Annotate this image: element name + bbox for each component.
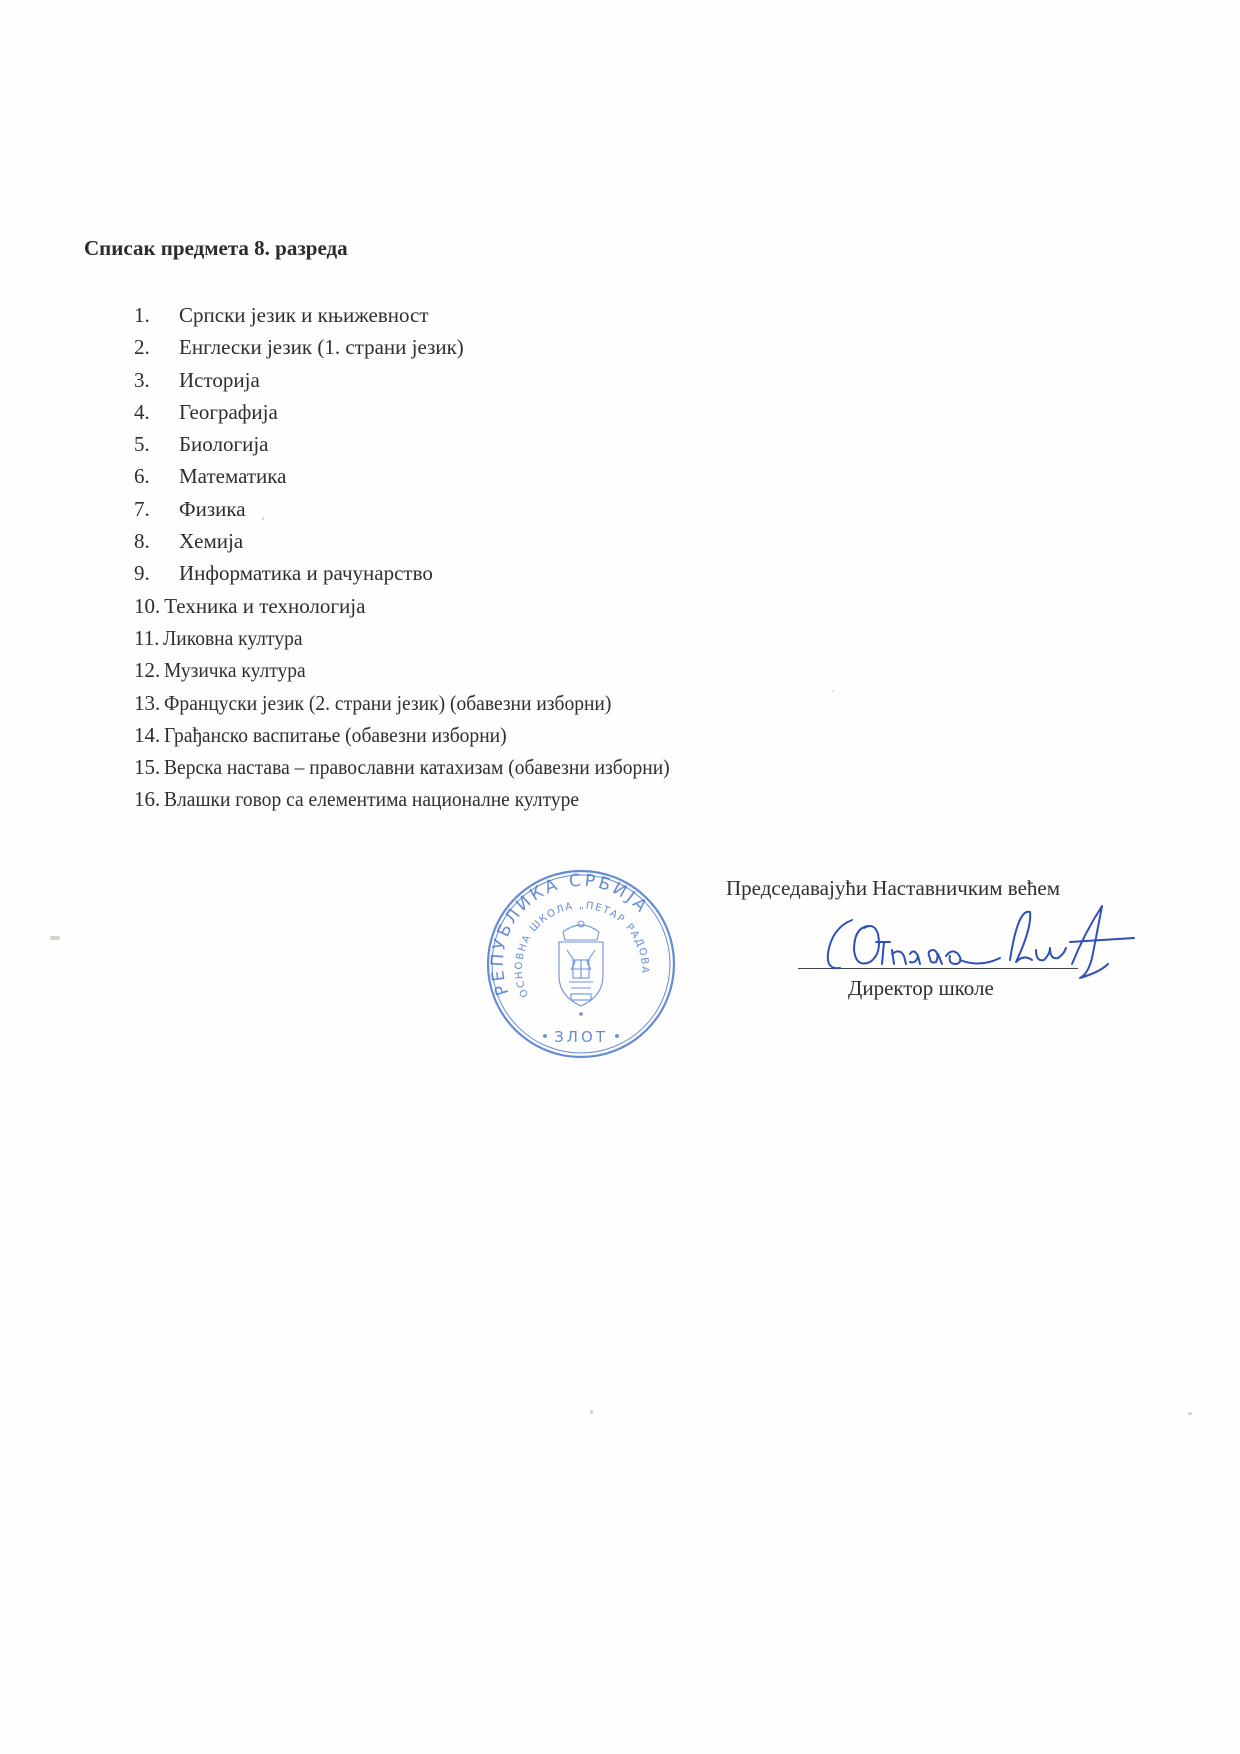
list-item: 14.Грађанско васпитање (обавезни изборни… <box>134 719 708 751</box>
list-item: 3.Историја <box>134 364 708 396</box>
list-item: 1.Српски језик и књижевност <box>134 299 708 331</box>
item-number: 12. <box>134 654 160 686</box>
list-item: 16.Влашки говор са елементима националне… <box>134 783 708 815</box>
item-text: Влашки говор са елементима националне ку… <box>164 783 579 815</box>
page-title: Списак предмета 8. разреда <box>84 236 348 261</box>
item-number: 14. <box>134 719 160 751</box>
item-text: Ликовна култура <box>163 622 303 654</box>
list-item: 10.Техника и технологија <box>134 590 708 622</box>
item-text: Географија <box>179 400 278 424</box>
scan-speck <box>832 690 834 692</box>
item-text: Грађанско васпитање (обавезни изборни) <box>164 719 507 751</box>
subject-list: 1.Српски језик и књижевност 2.Енглески ј… <box>134 299 708 816</box>
item-number: 9. <box>134 557 156 589</box>
item-text: Математика <box>179 464 287 488</box>
list-item: 2.Енглески језик (1. страни језик) <box>134 331 708 363</box>
item-text: Музичка култура <box>164 654 306 686</box>
item-number: 4. <box>134 396 156 428</box>
scan-speck <box>1188 1412 1192 1415</box>
item-number: 10. <box>134 590 160 622</box>
stamp-bottom-text: ЗЛОТ <box>554 1028 608 1046</box>
item-number: 2. <box>134 331 156 363</box>
item-number: 8. <box>134 525 156 557</box>
item-number: 11. <box>134 622 159 654</box>
list-item: 13.Француски језик (2. страни језик) (об… <box>134 687 708 719</box>
item-number: 6. <box>134 460 156 492</box>
item-text: Информатика и рачунарство <box>179 561 433 585</box>
stamp-dot-icon <box>543 1034 547 1038</box>
scan-speck <box>590 1410 593 1414</box>
item-text: Српски језик и књижевност <box>179 303 429 327</box>
item-number: 1. <box>134 299 156 331</box>
document-page: Списак предмета 8. разреда 1.Српски јези… <box>0 0 1240 1754</box>
item-number: 15. <box>134 751 160 783</box>
item-number: 5. <box>134 428 156 460</box>
list-item: 4.Географија <box>134 396 708 428</box>
item-number: 3. <box>134 364 156 396</box>
item-text: Техника и технологија <box>164 594 365 618</box>
item-text: Физика <box>179 497 246 521</box>
list-item: 8.Хемија <box>134 525 708 557</box>
stamp-dot-icon <box>615 1034 619 1038</box>
list-item: 9.Информатика и рачунарство <box>134 557 708 589</box>
list-item: 15.Верска настава – православни катахиза… <box>134 751 708 783</box>
list-item: 11.Ликовна култура <box>134 622 708 654</box>
item-text: Енглески језик (1. страни језик) <box>179 335 464 359</box>
item-text: Историја <box>179 368 260 392</box>
item-text: Верска настава – православни катахизам (… <box>164 751 670 783</box>
item-number: 7. <box>134 493 156 525</box>
item-text: Француски језик (2. страни језик) (обаве… <box>164 687 611 719</box>
item-text: Хемија <box>179 529 243 553</box>
stamp-dot-icon <box>579 1012 583 1016</box>
list-item: 6.Математика <box>134 460 708 492</box>
scan-speck <box>262 517 264 520</box>
item-text: Биологија <box>179 432 269 456</box>
list-item: 5.Биологија <box>134 428 708 460</box>
item-number: 16. <box>134 783 160 815</box>
coat-of-arms-icon <box>559 921 603 1006</box>
scan-speck <box>50 936 60 940</box>
official-stamp: РЕПУБЛИКА СРБИЈА ОСНОВНА ШКОЛА „ПЕТАР РА… <box>483 866 679 1062</box>
list-item: 7.Физика <box>134 493 708 525</box>
handwritten-signature <box>810 898 1140 998</box>
item-number: 13. <box>134 687 160 719</box>
list-item: 12.Музичка култура <box>134 654 708 686</box>
